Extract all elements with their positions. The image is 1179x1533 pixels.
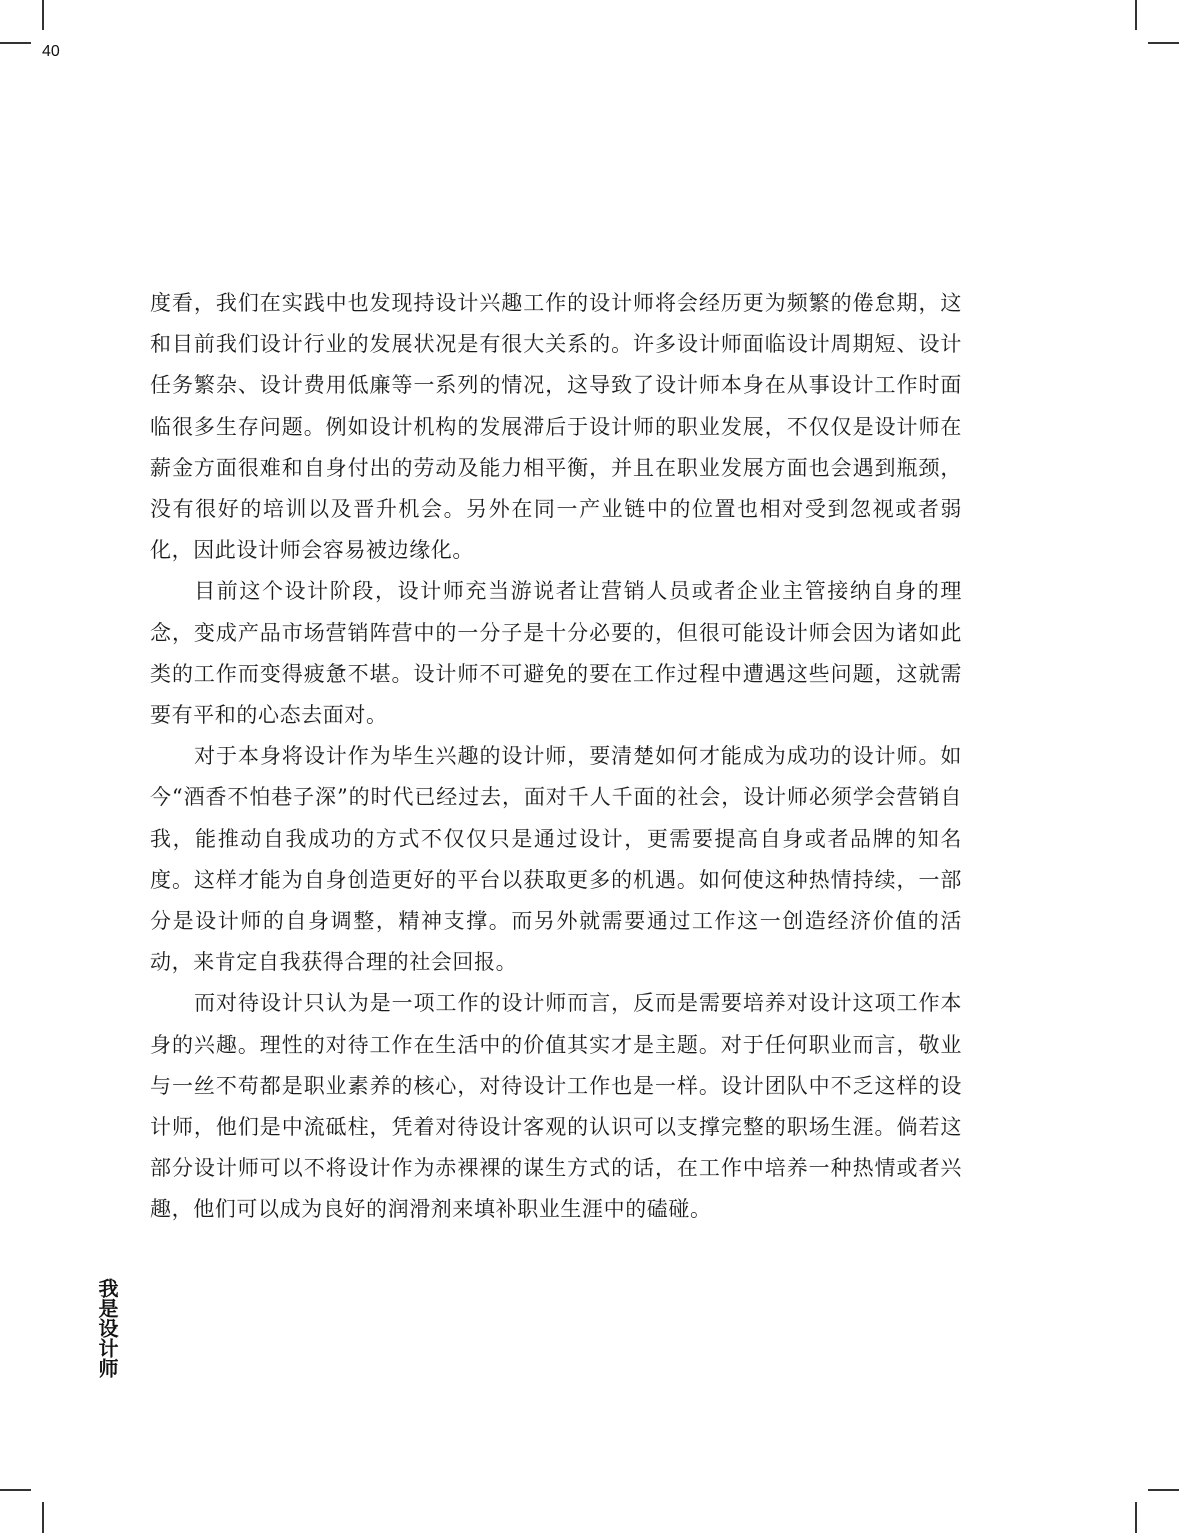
paragraph-3: 对于本身将设计作为毕生兴趣的设计师，要清楚如何才能成为成功的设计师。如今“酒香不… bbox=[150, 736, 962, 983]
crop-mark-bottom-right-vertical bbox=[1135, 1502, 1137, 1533]
crop-mark-top-left-horizontal bbox=[0, 42, 31, 44]
running-title: 我是设计师 bbox=[92, 1278, 118, 1378]
crop-mark-bottom-left-horizontal bbox=[0, 1489, 31, 1491]
crop-mark-top-right-horizontal bbox=[1148, 42, 1179, 44]
paragraph-2: 目前这个设计阶段，设计师充当游说者让营销人员或者企业主管接纳自身的理念，变成产品… bbox=[150, 571, 962, 736]
page-number: 40 bbox=[42, 42, 60, 62]
paragraph-1: 度看，我们在实践中也发现持设计兴趣工作的设计师将会经历更为频繁的倦怠期，这和目前… bbox=[150, 283, 962, 571]
crop-mark-bottom-left-vertical bbox=[42, 1502, 44, 1533]
crop-mark-bottom-right-horizontal bbox=[1148, 1489, 1179, 1491]
paragraph-4: 而对待设计只认为是一项工作的设计师而言，反而是需要培养对设计这项工作本身的兴趣。… bbox=[150, 983, 962, 1230]
body-text: 度看，我们在实践中也发现持设计兴趣工作的设计师将会经历更为频繁的倦怠期，这和目前… bbox=[150, 283, 962, 1231]
crop-mark-top-left-vertical bbox=[42, 0, 44, 30]
crop-mark-top-right-vertical bbox=[1135, 0, 1137, 30]
